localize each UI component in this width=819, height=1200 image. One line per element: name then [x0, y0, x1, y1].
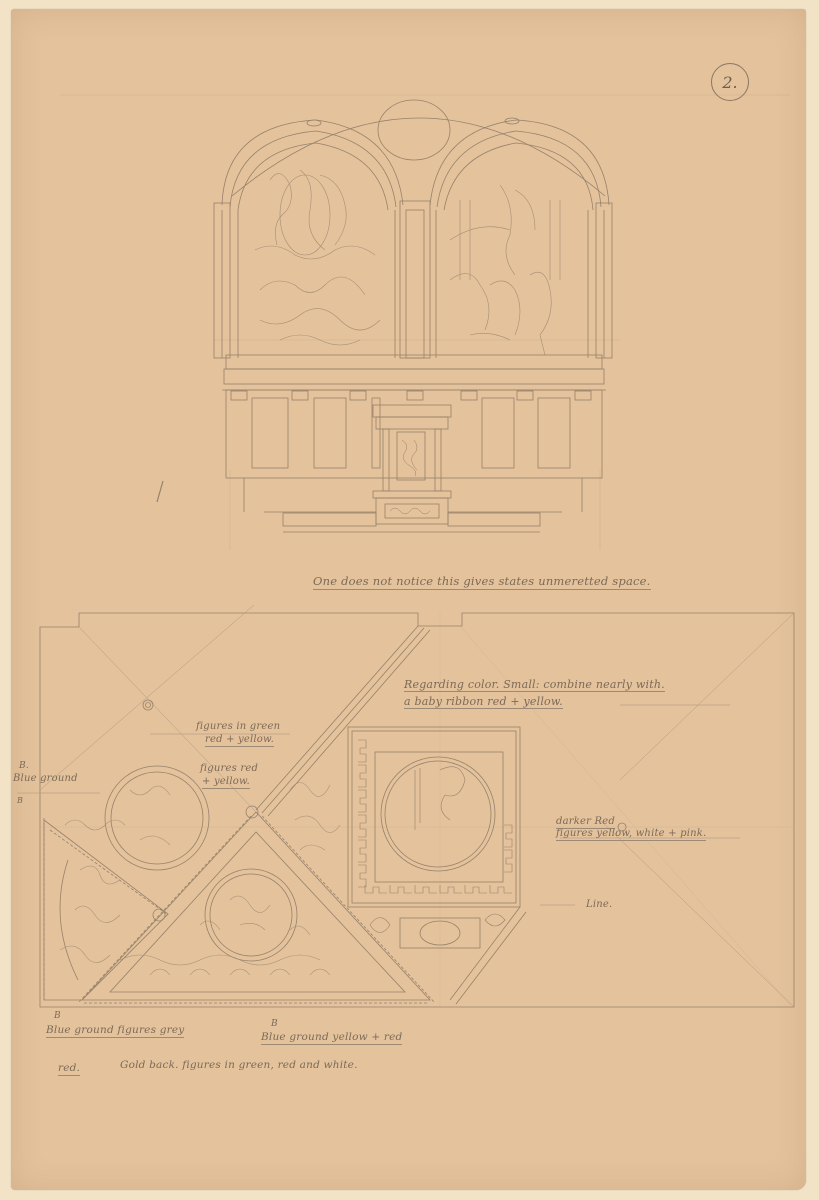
note-red: red.: [58, 1063, 80, 1076]
note-figures-green-2: red + yellow.: [205, 735, 274, 747]
sheet-number: 2.: [711, 63, 749, 101]
note-figures-yellow: figures yellow, white + pink.: [556, 829, 706, 841]
note-regarding-color-2: a baby ribbon red + yellow.: [404, 696, 563, 709]
note-gold-back: Gold back. figures in green, red and whi…: [120, 1060, 358, 1071]
note-line: Line.: [586, 900, 612, 910]
note-grey-marker: B: [54, 1012, 61, 1021]
note-figures-red: figures red: [200, 764, 258, 774]
note-yellow-red-marker: B: [271, 1020, 278, 1029]
elevation-drawing: [60, 95, 790, 550]
note-blue-ground-figures-grey: Blue ground figures grey: [46, 1025, 184, 1038]
note-figures-green: figures in green: [196, 722, 280, 732]
note-figures-red-2: + yellow.: [202, 777, 250, 789]
note-blue-ground-label: B.: [19, 762, 29, 771]
architectural-drawing: [0, 0, 819, 1200]
note-regarding-color: Regarding color. Small: combine nearly w…: [404, 679, 665, 692]
ceiling-plan-drawing: [17, 605, 794, 1007]
elevation-caption: One does not notice this gives states un…: [313, 576, 651, 590]
note-b-marker: B: [17, 797, 23, 805]
note-blue-ground: Blue ground: [13, 774, 78, 784]
note-blue-ground-yellow-red: Blue ground yellow + red: [261, 1032, 402, 1045]
